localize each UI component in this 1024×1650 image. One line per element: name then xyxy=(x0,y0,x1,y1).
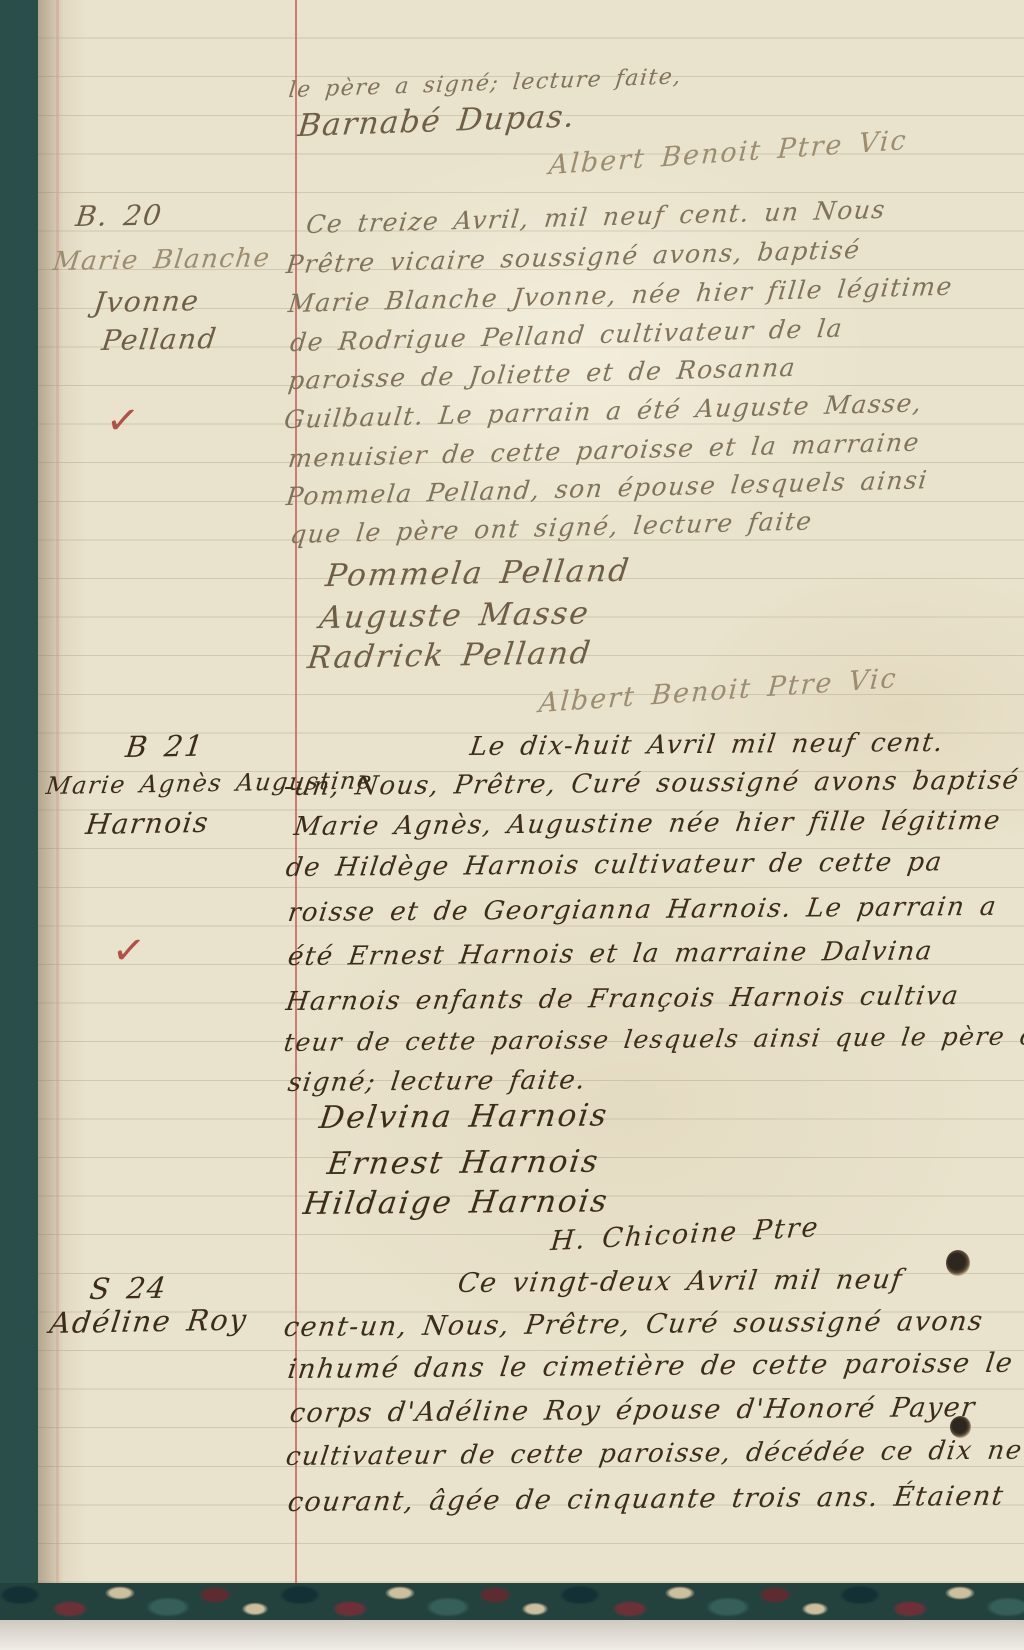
entry-b21-margin-name: Harnois xyxy=(84,806,211,841)
entry-s24-body-line: inhumé dans le cimetière de cette parois… xyxy=(286,1348,1015,1385)
register-page-scan: le père a signé; lecture faite, Barnabé … xyxy=(0,0,1024,1650)
entry-b21-checkmark: ✓ xyxy=(110,926,148,975)
entry-b20-signature: Radrick Pelland xyxy=(306,635,594,676)
entry-b21-body-line: Marie Agnès, Augustine née hier fille lé… xyxy=(292,806,1003,842)
entry-b21-signature: Hildaige Harnois xyxy=(301,1183,611,1222)
entry-b21-signature: Ernest Harnois xyxy=(325,1144,602,1182)
entry-b21-margin-id: B 21 xyxy=(124,729,207,764)
entry-b21-body-line: de Hildège Harnois cultivateur de cette … xyxy=(284,847,945,883)
entry-b21-body-line: été Ernest Harnois et la marraine Dalvin… xyxy=(286,936,935,972)
entry-s24-body-line: cent-un, Nous, Prêtre, Curé soussigné av… xyxy=(282,1306,986,1343)
marbled-bottom-edge xyxy=(0,1583,1024,1620)
entry-b20-checkmark: ✓ xyxy=(104,396,142,445)
entry-b21-body-line: signé; lecture faite. xyxy=(286,1065,588,1098)
entry-b21-body-line: Harnois enfants de François Harnois cult… xyxy=(284,981,961,1017)
marbled-binding-edge xyxy=(0,0,38,1650)
entry-s24-body-line: cultivateur de cette paroisse, décédée c… xyxy=(284,1435,1024,1472)
entry-b20-signature: Auguste Masse xyxy=(318,595,593,636)
entry-b20-margin-name: Pelland xyxy=(100,322,219,357)
entry-b20-margin-name: Marie Blanche xyxy=(51,243,272,277)
entry-b21-body-line: roisse et de Georgianna Harnois. Le parr… xyxy=(286,892,999,928)
entry-b20-margin-id: B. 20 xyxy=(74,198,165,233)
table-below-book xyxy=(0,1620,1024,1650)
wormhole xyxy=(946,1250,970,1276)
entry-s24-body-line: corps d'Adéline Roy épouse d'Honoré Paye… xyxy=(288,1392,978,1429)
wormhole xyxy=(950,1416,971,1438)
entry-s24-body-line: courant, âgée de cinquante trois ans. Ét… xyxy=(286,1481,1006,1518)
entry-s24-body-line: Ce vingt-deux Avril mil neuf xyxy=(456,1264,905,1299)
entry-b21-body-line: Le dix-huit Avril mil neuf cent. xyxy=(468,728,946,762)
entry-b20-margin-name: Jvonne xyxy=(92,284,202,319)
entry-b21-signature: Delvina Harnois xyxy=(317,1097,610,1136)
entry-s24-margin-id: S 24 xyxy=(88,1271,169,1306)
entry-b20-signature: Pommela Pelland xyxy=(324,553,633,594)
entry-s24-margin-name: Adéline Roy xyxy=(48,1303,250,1341)
